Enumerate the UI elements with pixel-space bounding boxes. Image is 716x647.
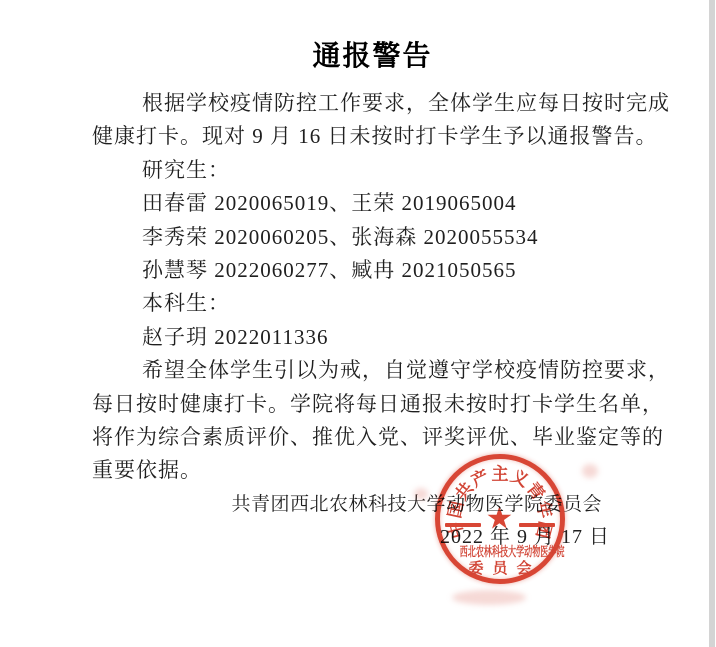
document-page: 通报警告 根据学校疫情防控工作要求，全体学生应每日按时完成 健康打卡。现对 9 … xyxy=(0,0,716,647)
official-seal: 中国共产主义青年团 ★ 西北农林科技大学动物医学院 委员会 xyxy=(435,454,565,584)
page-title: 通报警告 xyxy=(92,34,625,74)
doc-line: 将作为综合素质评价、推优入党、评奖评优、毕业鉴定等的 xyxy=(92,421,625,454)
doc-line: 田春雷 2020065019、王荣 2019065004 xyxy=(92,187,625,220)
doc-line: 研究生： xyxy=(92,154,625,187)
window-edge-strip xyxy=(709,0,715,647)
seal-committee-text: 委员会 xyxy=(435,557,565,578)
doc-line: 孙慧琴 2022060277、臧冉 2021050565 xyxy=(92,254,625,287)
red-star-icon: ★ xyxy=(486,504,514,535)
doc-line: 每日按时健康打卡。学院将每日通报未按时打卡学生名单， xyxy=(92,388,625,421)
ink-smudge xyxy=(414,488,428,500)
seal-right-bar xyxy=(519,523,555,527)
doc-line: 赵子玥 2022011336 xyxy=(92,321,625,354)
ink-smudge xyxy=(452,590,526,605)
doc-line: 根据学校疫情防控工作要求，全体学生应每日按时完成 xyxy=(92,87,625,120)
doc-line: 健康打卡。现对 9 月 16 日未按时打卡学生予以通报警告。 xyxy=(92,120,625,153)
ink-smudge xyxy=(582,464,598,478)
doc-line: 李秀荣 2020060205、张海森 2020055534 xyxy=(92,221,625,254)
seal-left-bar xyxy=(445,523,481,527)
doc-line: 本科生： xyxy=(92,287,625,320)
doc-line: 希望全体学生引以为戒，自觉遵守学校疫情防控要求， xyxy=(92,354,625,387)
